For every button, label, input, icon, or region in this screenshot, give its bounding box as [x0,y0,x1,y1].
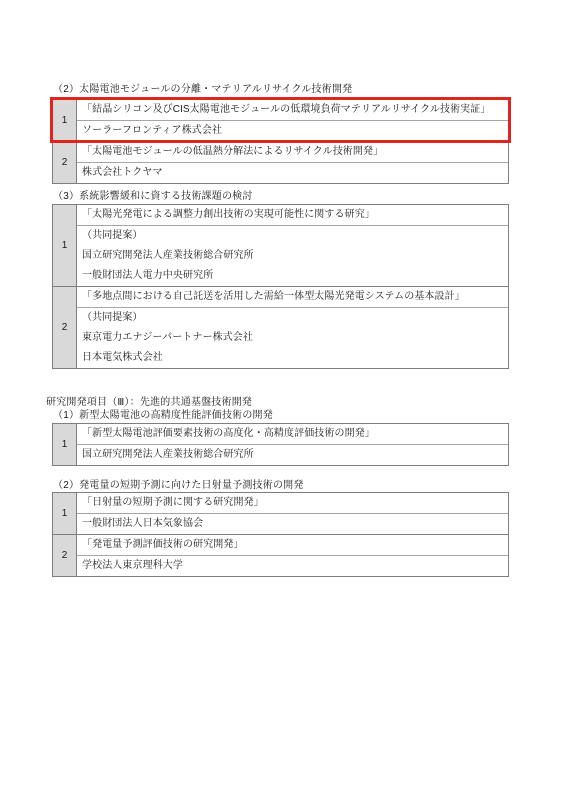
row-text-cell: 「多地点間における自己託送を活用した需給一体型太陽光発電システムの基本設計」 （… [77,287,508,368]
project-title: 「新型太陽電池評価要素技術の高度化・高精度評価技術の開発」 [77,424,508,444]
organization-name: 東京電力エナジーパートナー株式会社 [77,328,508,348]
project-table-grid: 1 「太陽光発電による調整力創出技術の実現可能性に関する研究」 （共同提案） 国… [52,204,509,369]
table-row: 1 「太陽光発電による調整力創出技術の実現可能性に関する研究」 （共同提案） 国… [53,205,508,286]
organization-name: 学校法人東京理科大学 [77,555,508,576]
row-text-cell: 「日射量の短期予測に関する研究開発」 一般財団法人日本気象協会 [77,493,508,534]
project-title: 「太陽電池モジュールの低温熱分解法によるリサイクル技術開発」 [77,142,508,162]
section-heading-evaluation: （1）新型太陽電池の高精度性能評価技術の開発 [53,410,566,422]
section-heading-grid: （3）系統影響緩和に資する技術課題の検討 [53,191,566,203]
table-row: 2 「太陽電池モジュールの低温熱分解法によるリサイクル技術開発」 株式会社トクヤ… [53,141,508,183]
program-heading: 研究開発項目（Ⅲ）：先進的共通基盤技術開発 [46,397,566,409]
section-heading-recycle: （2）太陽電池モジュールの分離・マテリアルリサイクル技術開発 [53,84,566,96]
organization-name: 株式会社トクヤマ [77,162,508,183]
document-page: （2）太陽電池モジュールの分離・マテリアルリサイクル技術開発 1 「結晶シリコン… [0,0,566,800]
project-title: 「太陽光発電による調整力創出技術の実現可能性に関する研究」 [77,205,508,225]
organization-name: ソーラーフロンティア株式会社 [77,120,508,141]
project-table-recycle: 1 「結晶シリコン及びCIS太陽電池モジュールの低環境負荷マテリアルリサイクル技… [52,99,509,184]
project-title: 「多地点間における自己託送を活用した需給一体型太陽光発電システムの基本設計」 [77,287,508,307]
project-table-evaluation: 1 「新型太陽電池評価要素技術の高度化・高精度評価技術の開発」 国立研究開発法人… [52,423,509,466]
organization-name: 国立研究開発法人産業技術総合研究所 [77,444,508,465]
section-heading-forecast: （2）発電量の短期予測に向けた日射量予測技術の開発 [53,480,566,492]
row-number-cell: 2 [53,142,77,183]
row-text-cell: 「発電量予測評価技術の研究開発」 学校法人東京理科大学 [77,535,508,576]
table-row: 1 「日射量の短期予測に関する研究開発」 一般財団法人日本気象協会 [53,493,508,534]
table-row: 1 「新型太陽電池評価要素技術の高度化・高精度評価技術の開発」 国立研究開発法人… [53,424,508,465]
project-title: 「日射量の短期予測に関する研究開発」 [77,493,508,513]
project-title: 「結晶シリコン及びCIS太陽電池モジュールの低環境負荷マテリアルリサイクル技術実… [77,100,508,120]
row-text-cell: 「結晶シリコン及びCIS太陽電池モジュールの低環境負荷マテリアルリサイクル技術実… [77,100,508,141]
organization-name: 一般財団法人電力中央研究所 [77,266,508,286]
project-title: 「発電量予測評価技術の研究開発」 [77,535,508,555]
row-number-cell: 1 [53,100,77,141]
row-number-cell: 1 [53,493,77,534]
organization-name: 国立研究開発法人産業技術総合研究所 [77,246,508,266]
row-text-cell: 「新型太陽電池評価要素技術の高度化・高精度評価技術の開発」 国立研究開発法人産業… [77,424,508,465]
organization-name: 一般財団法人日本気象協会 [77,513,508,534]
row-number-cell: 2 [53,535,77,576]
joint-proposal-label: （共同提案） [77,307,508,328]
table-row: 1 「結晶シリコン及びCIS太陽電池モジュールの低環境負荷マテリアルリサイクル技… [53,100,508,141]
row-number-cell: 1 [53,205,77,286]
row-text-cell: 「太陽光発電による調整力創出技術の実現可能性に関する研究」 （共同提案） 国立研… [77,205,508,286]
organization-name: 日本電気株式会社 [77,348,508,368]
project-table-forecast: 1 「日射量の短期予測に関する研究開発」 一般財団法人日本気象協会 2 「発電量… [52,492,509,577]
row-number-cell: 2 [53,287,77,368]
joint-proposal-label: （共同提案） [77,225,508,246]
table-row: 2 「発電量予測評価技術の研究開発」 学校法人東京理科大学 [53,534,508,576]
table-row: 2 「多地点間における自己託送を活用した需給一体型太陽光発電システムの基本設計」… [53,286,508,368]
row-text-cell: 「太陽電池モジュールの低温熱分解法によるリサイクル技術開発」 株式会社トクヤマ [77,142,508,183]
row-number-cell: 1 [53,424,77,465]
